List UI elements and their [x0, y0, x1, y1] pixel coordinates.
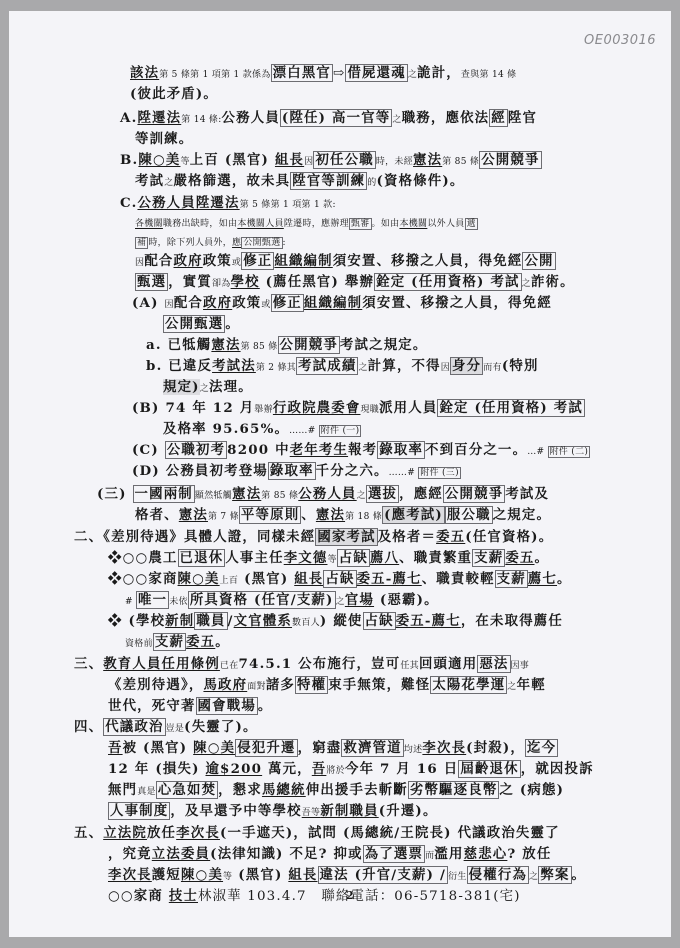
underlined-phrase: 本機關: [399, 219, 427, 229]
text-segment: 格者、: [135, 507, 179, 523]
boxed-phrase: 甄選: [135, 273, 168, 291]
text-segment: 因: [441, 363, 450, 373]
text-line: ❖ (學校新制職員/文官體系數百人) 縱使占缺委五-薦七，在未取得薦任: [108, 612, 563, 632]
text-line: 《差別待遇》，馬政府面對諸多特權束手無策，難怪太陽花學運之年輕: [108, 676, 546, 696]
boxed-phrase: 附件 (一): [319, 425, 362, 437]
text-segment: 二、《差別待遇》具體人證，同樣未經: [74, 529, 315, 545]
text-segment: 及格者＝: [378, 529, 436, 545]
boxed-phrase: 所具資格 (任官/支薪): [188, 591, 336, 609]
text-segment: 回頭適用: [419, 656, 477, 672]
text-segment: A.: [120, 110, 137, 126]
text-segment: 職務出缺時，如由: [163, 219, 237, 229]
boxed-phrase: 職員: [194, 612, 227, 630]
text-segment: 五、: [74, 825, 103, 841]
boxed-phrase: 特權: [295, 676, 328, 694]
text-segment: #: [125, 597, 136, 607]
text-segment: 護短: [152, 867, 181, 883]
text-segment: 未依: [169, 597, 188, 607]
text-segment: 人事主任: [225, 550, 283, 566]
boxed-phrase: 違法 (升官/支薪) /: [318, 866, 449, 884]
underlined-phrase: 組織編制: [274, 253, 332, 269]
underlined-phrase: 陳○美: [193, 740, 235, 756]
text-segment: 、: [301, 507, 316, 523]
text-line: 等訓練。: [135, 130, 193, 148]
boxed-phrase: 太陽花學運: [430, 676, 507, 694]
text-line: 規定)之法理。: [163, 378, 253, 398]
text-segment: 面對: [247, 682, 266, 692]
boxed-phrase: 國家考試: [315, 528, 377, 546]
text-segment: 報考: [348, 442, 377, 458]
text-segment: 第 14 條:: [181, 115, 221, 125]
text-line: 吾被 (黑官) 陳○美侵犯升遷，窮盡救濟管道均述李次長(封殺)，迄今: [108, 739, 558, 759]
boxed-phrase: 初任公職: [313, 151, 375, 169]
underlined-phrase: 李次長: [422, 740, 466, 756]
text-segment: ❖○○農工: [108, 550, 178, 566]
document-page: OE003016 該法第 5 條第 1 項第 1 款係為漂白黑官⇨借屍還魂之詭計…: [9, 11, 671, 937]
text-segment: ，就因投訴: [521, 761, 594, 777]
underlined-phrase: 新制職員: [320, 803, 378, 819]
text-segment: 規定): [163, 379, 200, 395]
boxed-phrase: 公開競爭: [479, 151, 541, 169]
boxed-phrase: 支薪: [153, 633, 186, 651]
underlined-phrase: 李次長: [108, 867, 152, 883]
text-line: ❖○○家商陳○美上百 (黑官) 組長占缺委五-薦七、職責較輕支薪薦七。: [108, 570, 572, 590]
boxed-phrase: 國會戰場: [196, 697, 258, 715]
boxed-phrase: 支薪: [495, 570, 528, 588]
text-segment: 千分之六。: [316, 463, 389, 479]
boxed-phrase: 經: [489, 109, 508, 127]
text-line: 因配合政府政策或修正組織編制須安置、移撥之人員，得免經公開: [135, 252, 556, 272]
text-segment: 被 (黑官): [123, 740, 194, 756]
text-segment: 配合: [174, 295, 203, 311]
text-segment: 詐術。: [531, 274, 575, 290]
text-segment: 世代，死守著: [108, 698, 196, 714]
underlined-phrase: 老年考生: [290, 442, 348, 458]
text-segment: C.: [120, 195, 137, 211]
text-line: 李次長護短陳○美等 (黑官) 組長違法 (升官/支薪) /衍生侵權行為之弊案。: [108, 866, 586, 886]
text-line: ❖○○農工已退休人事主任李文德等占缺薦八、職責繁重支薪委五。: [108, 549, 549, 569]
underlined-phrase: 吾: [312, 761, 327, 777]
boxed-phrase: 錄取率: [268, 462, 316, 480]
underlined-phrase: 陳○美: [178, 571, 220, 587]
boxed-phrase: 占缺: [363, 612, 396, 630]
underlined-phrase: 技士: [169, 888, 198, 904]
underlined-phrase: 陳○美: [138, 152, 180, 168]
underlined-phrase: 憲法: [232, 486, 261, 502]
text-segment: 放任: [147, 825, 176, 841]
text-line: b. 已違反考試法第 2 條其考試成績之計算，不得因身分而有(特別: [146, 357, 539, 377]
underlined-phrase: 組長: [275, 152, 304, 168]
text-segment: (資格條件)。: [377, 173, 465, 189]
text-segment: 等: [223, 872, 232, 882]
text-line: # 唯一未依所具資格 (任官/支薪)之官場 (惡霸)。: [125, 591, 439, 611]
text-segment: 等訓練。: [135, 131, 193, 147]
text-segment: 須安置、移撥之人員，得免經: [333, 253, 523, 269]
underlined-phrase: 委五-薦七: [396, 613, 461, 629]
text-line: B.陳○美等上百 (黑官) 組長因初任公職時，未經憲法第 85 條公開競爭: [120, 151, 542, 171]
boxed-phrase: 銓定 (任用資格) 考試: [437, 399, 585, 417]
underlined-phrase: 組長: [294, 571, 323, 587]
text-segment: 陞遷時，應辦理: [284, 219, 349, 229]
underlined-phrase: 組長: [288, 867, 317, 883]
boxed-phrase: 遞: [465, 218, 478, 230]
boxed-phrase: 補: [135, 237, 148, 249]
text-segment: :: [283, 238, 286, 248]
boxed-phrase: 甄審: [349, 218, 372, 230]
text-segment: 因: [165, 300, 174, 310]
text-segment: 顯然牴觸: [195, 491, 232, 501]
text-segment: 考試之規定。: [340, 337, 428, 353]
text-segment: (升遷)。: [379, 803, 438, 819]
text-segment: 濫用: [434, 846, 463, 862]
underlined-phrase: 該法: [130, 65, 159, 81]
text-segment: ，懇求: [218, 782, 262, 798]
text-segment: (D) 公務員初考登場: [132, 463, 268, 479]
text-line: (C) 公職初考8200 中老年考生報考錄取率不到百分之一。…# 附件 (二): [132, 441, 590, 461]
boxed-phrase: 銓定 (任用資格) 考試: [374, 273, 522, 291]
underlined-phrase: 憲法: [211, 337, 240, 353]
text-segment: 之: [336, 597, 345, 607]
underlined-phrase: 馬政府: [203, 677, 247, 693]
text-segment: 。: [258, 698, 273, 714]
text-segment: ⇨: [333, 65, 345, 81]
text-segment: 林淑華 103.4.7 聯絡電話：06-5718-381(宅): [198, 889, 521, 904]
text-segment: 8200 中: [227, 442, 290, 458]
underlined-phrase: 陞遷法: [137, 110, 181, 126]
underlined-phrase: 官場: [345, 592, 374, 608]
boxed-phrase: 人事制度: [108, 802, 170, 820]
text-segment: ❖ (學校: [108, 613, 165, 629]
text-line: 資格前支薪委五。: [125, 633, 230, 653]
text-segment: …#: [527, 447, 547, 457]
text-segment: 第 85 條: [261, 491, 298, 501]
text-segment: 。如由: [372, 219, 400, 229]
text-line: 四、代議政治豈是(失靈了)。: [74, 718, 258, 738]
text-line: ，究竟立法委員(法律知識) 不足? 抑或為了選票而濫用慈悲心? 放任: [108, 845, 551, 865]
underlined-phrase: 各機關: [135, 219, 163, 229]
underlined-phrase: 陳○美: [181, 867, 223, 883]
text-segment: 無門: [108, 782, 137, 798]
underlined-phrase: 公務人員: [298, 486, 356, 502]
text-segment: 之 (病態): [499, 782, 564, 798]
text-segment: 詭計，: [417, 65, 461, 81]
text-line: 考試之嚴格篩選，故未具陞官等訓練的(資格條件)。: [135, 172, 465, 192]
text-segment: 第 2 條其: [256, 363, 296, 373]
text-segment: 而有: [483, 363, 502, 373]
text-segment: 或: [261, 300, 270, 310]
text-segment: 12 年 (損失): [108, 761, 205, 777]
text-segment: 之: [522, 279, 531, 289]
text-segment: 第 85 條: [241, 342, 278, 352]
text-segment: 上百 (黑官): [190, 152, 275, 168]
underlined-phrase: 薦七: [528, 571, 557, 587]
underlined-phrase: 薦八: [370, 550, 399, 566]
text-segment: (封殺)，: [466, 740, 525, 756]
text-line: a. 已牴觸憲法第 85 條公開競爭考試之規定。: [146, 336, 427, 356]
text-segment: ，及早還予: [170, 803, 243, 819]
boxed-phrase: 修正: [271, 294, 304, 312]
text-segment: ○○家商: [108, 888, 169, 904]
text-segment: 數百人: [292, 618, 320, 628]
boxed-phrase: 附件 (三): [418, 467, 461, 479]
underlined-phrase: 李次長: [176, 825, 220, 841]
text-segment: (三): [97, 486, 133, 502]
text-segment: 萬元，: [262, 761, 312, 777]
boxed-phrase: 公開甄選: [241, 237, 282, 249]
underlined-phrase: 馬總統: [262, 782, 306, 798]
boxed-phrase: 服公職: [445, 506, 493, 524]
boxed-phrase: 劣幣驅逐良幣: [408, 781, 500, 799]
text-segment: 上百: [220, 576, 239, 586]
underlined-phrase: 政府: [203, 295, 232, 311]
text-segment: 斬斷: [379, 782, 408, 798]
text-segment: ……#: [389, 468, 419, 478]
underlined-phrase: 行政院農委會: [273, 400, 361, 416]
underlined-phrase: 立法委員: [152, 846, 210, 862]
underlined-phrase: 立法院: [103, 825, 147, 841]
text-segment: 伸出援手去: [306, 782, 379, 798]
text-segment: 真是: [137, 787, 156, 797]
boxed-phrase: 占缺: [337, 549, 370, 567]
text-line: (A) 因配合政府政策或修正組織編制須安置、移撥之人員，得免經: [132, 294, 552, 314]
text-segment: 豈是: [166, 724, 185, 734]
text-segment: ，應經: [399, 486, 443, 502]
text-segment: (任官資格)。: [465, 529, 553, 545]
text-segment: 74.5.1 公布施行，豈可: [239, 656, 401, 672]
boxed-phrase: 修正: [241, 252, 274, 270]
text-line: A.陞遷法第 14 條:公務人員(陞任) 高一官等之職務，應依法經陞官: [120, 109, 537, 129]
text-segment: 、職責較輕: [422, 571, 495, 587]
underlined-phrase: 應: [232, 238, 241, 248]
text-segment: a. 已牴觸: [146, 337, 211, 353]
text-line: 甄選，實質卻為學校 (薦任黑官) 舉辦銓定 (任用資格) 考試之詐術。: [135, 273, 575, 293]
text-segment: 諸多: [266, 677, 295, 693]
page-number: 2: [346, 889, 354, 902]
underlined-phrase: 新制: [165, 613, 194, 629]
text-segment: 任其: [400, 661, 419, 671]
text-segment: 資格前: [125, 639, 153, 649]
text-line: 無門真是心急如焚，懇求馬總統伸出援手去斬斷劣幣驅逐良幣之 (病態): [108, 781, 564, 801]
text-segment: ? 放任: [507, 846, 551, 862]
text-segment: 因: [135, 258, 144, 268]
underlined-phrase: 委五: [186, 634, 215, 650]
underlined-phrase: 文官體系: [234, 613, 292, 629]
text-segment: 《差別待遇》，: [108, 677, 203, 693]
text-segment: 之: [358, 363, 367, 373]
underlined-phrase: 憲法: [413, 152, 442, 168]
text-segment: (特別: [502, 358, 539, 374]
boxed-phrase: 惡法: [477, 655, 510, 673]
text-segment: 派用人員: [379, 400, 437, 416]
text-segment: 現職: [360, 405, 379, 415]
text-segment: 已在: [220, 661, 239, 671]
text-segment: 之: [200, 384, 209, 394]
text-segment: 政策: [203, 253, 232, 269]
text-segment: ，實質: [168, 274, 212, 290]
text-segment: 時，除下列人員外，: [148, 238, 232, 248]
text-segment: 將於: [326, 766, 345, 776]
boxed-phrase: 借屍還魂: [345, 64, 407, 82]
text-segment: ❖○○家商: [108, 571, 178, 587]
text-segment: 考試及: [505, 486, 549, 502]
text-segment: 查與第 14 條: [461, 70, 517, 80]
underlined-phrase: 學校: [231, 274, 260, 290]
boxed-phrase: 侵權行為: [467, 866, 529, 884]
underlined-phrase: 逾$200: [205, 761, 262, 777]
boxed-phrase: 公開競爭: [278, 336, 340, 354]
boxed-phrase: 迄今: [525, 739, 558, 757]
text-segment: 三、: [74, 656, 103, 672]
text-segment: 舉辦: [254, 405, 273, 415]
text-segment: 。: [535, 550, 550, 566]
underlined-phrase: 委五: [436, 529, 465, 545]
boxed-phrase: 平等原則: [239, 506, 301, 524]
boxed-phrase: 救濟管道: [341, 739, 403, 757]
text-segment: 須安置、移撥之人員，得免經: [362, 295, 552, 311]
boxed-phrase: 漂白黑官: [271, 64, 333, 82]
text-segment: 第 85 條: [442, 157, 479, 167]
text-segment: 之: [164, 178, 173, 188]
text-segment: 的: [367, 178, 376, 188]
text-segment: 卻為: [212, 279, 231, 289]
text-segment: 第 5 條第 1 項第 1 款係為: [159, 70, 270, 80]
text-segment: 束手無策，難怪: [328, 677, 430, 693]
text-segment: (法律知識) 不足? 抑或: [210, 846, 363, 862]
text-segment: 等: [180, 157, 189, 167]
text-segment: 。: [572, 867, 587, 883]
text-segment: 職務，應依法: [402, 110, 490, 126]
boxed-phrase: 支薪: [472, 549, 505, 567]
text-segment: 及格率 95.65%。: [163, 421, 289, 437]
text-segment: ) 縱使: [320, 613, 363, 629]
text-segment: 年輕: [517, 677, 546, 693]
text-segment: (一手遮天)，試問 (馬總統/王院長) 代議政治失靈了: [220, 825, 560, 841]
text-line: 三、教育人員任用條例已在74.5.1 公布施行，豈可任其回頭適用惡法因事: [74, 655, 529, 675]
text-segment: 第 5 條第 1 項第 1 款:: [240, 200, 336, 210]
text-segment: B.: [120, 152, 138, 168]
text-segment: (惡霸)。: [374, 592, 439, 608]
boxed-phrase: 公開競爭: [443, 485, 505, 503]
text-line: 補時，除下列人員外，應公開甄選:: [135, 232, 286, 252]
underlined-phrase: 憲法: [316, 507, 345, 523]
boxed-phrase: 為了選票: [363, 845, 425, 863]
text-segment: (A): [132, 295, 165, 311]
boxed-phrase: 弊案: [538, 866, 571, 884]
text-segment: (黑官): [238, 571, 294, 587]
underlined-phrase: 政府: [174, 253, 203, 269]
text-segment: 今年 7 月 16 日: [345, 761, 458, 777]
boxed-phrase: 代議政治: [103, 718, 165, 736]
text-segment: 配合: [144, 253, 173, 269]
text-line: 世代，死守著國會戰場。: [108, 697, 273, 715]
text-line: (B) 74 年 12 月舉辦行政院農委會現職派用人員銓定 (任用資格) 考試: [132, 399, 585, 419]
text-segment: (C): [132, 442, 165, 458]
boxed-phrase: 屆齡退休: [458, 760, 520, 778]
text-segment: 因事: [511, 661, 530, 671]
text-segment: ，在未取得薦任: [461, 613, 563, 629]
text-segment: 時，未經: [376, 157, 413, 167]
text-line: 五、立法院放任李次長(一手遮天)，試問 (馬總統/王院長) 代議政治失靈了: [74, 824, 560, 842]
text-segment: 嚴格篩選，故未具: [174, 173, 291, 189]
text-line: 二、《差別待遇》具體人證，同樣未經國家考試及格者＝委五(任官資格)。: [74, 528, 553, 546]
text-line: 公開甄選。: [163, 315, 240, 333]
underlined-phrase: 慈悲心: [464, 846, 508, 862]
text-segment: (黑官): [232, 867, 288, 883]
text-segment: 四、: [74, 719, 103, 735]
text-segment: (薦任黑官) 舉辦: [260, 274, 374, 290]
text-line: 各機關職務出缺時，如由本機關人員陞遷時，應辦理甄審。如由本機關以外人員遞: [135, 213, 478, 233]
text-segment: 之: [529, 872, 538, 882]
text-line: C.公務人員陞遷法第 5 條第 1 項第 1 款:: [120, 194, 336, 214]
text-segment: ……#: [289, 426, 319, 436]
text-segment: 之: [392, 115, 401, 125]
text-segment: 之: [408, 70, 417, 80]
text-line: 人事制度，及早還予中等學校吾等新制職員(升遷)。: [108, 802, 438, 822]
boxed-phrase: (應考試): [382, 506, 445, 524]
text-segment: 政策: [232, 295, 261, 311]
boxed-phrase: 錄取率: [377, 441, 425, 459]
underlined-phrase: 憲法: [179, 507, 208, 523]
text-line: (D) 公務員初考登場錄取率千分之六。……# 附件 (三): [132, 462, 461, 482]
underlined-phrase: 教育人員任用條例: [103, 656, 220, 672]
boxed-phrase: 身分: [450, 357, 483, 375]
text-segment: 計算，不得: [368, 358, 441, 374]
document-stamp: OE003016: [584, 33, 656, 48]
underlined-phrase: 吾: [108, 740, 123, 756]
text-segment: (彼此矛盾)。: [130, 86, 218, 102]
boxed-phrase: 陞官等訓練: [290, 172, 367, 190]
text-segment: 之: [507, 682, 516, 692]
boxed-phrase: 附件 (二): [548, 446, 591, 458]
text-line: ○○家商 技士林淑華 103.4.7 聯絡電話：06-5718-381(宅): [108, 887, 521, 906]
underlined-phrase: 李文德: [284, 550, 328, 566]
text-line: (彼此矛盾)。: [130, 85, 218, 103]
text-segment: 不到百分之一。: [425, 442, 527, 458]
boxed-phrase: 公職初考: [165, 441, 227, 459]
boxed-phrase: 公開: [522, 252, 555, 270]
underlined-phrase: 吾等: [302, 808, 321, 818]
text-segment: ，窮盡: [298, 740, 342, 756]
text-segment: 中等學校: [243, 803, 301, 819]
text-line: 格者、憲法第 7 條平等原則、憲法第 18 條(應考試)服公職之規定。: [135, 506, 551, 526]
text-segment: 或: [232, 258, 241, 268]
underlined-phrase: 公務人員陞遷法: [137, 195, 239, 211]
text-segment: 考試: [135, 173, 164, 189]
text-segment: b. 已違反: [146, 358, 212, 374]
text-segment: 之: [357, 491, 366, 501]
text-segment: 等: [327, 555, 336, 565]
text-segment: 第 7 條: [208, 512, 239, 522]
text-segment: 以外人員: [427, 219, 464, 229]
boxed-phrase: 公開甄選: [163, 315, 225, 333]
boxed-phrase: 心急如焚: [156, 781, 218, 799]
text-segment: 。: [215, 634, 230, 650]
text-segment: 陞官: [508, 110, 537, 126]
underlined-phrase: 委五: [505, 550, 534, 566]
underlined-phrase: 組織編制: [304, 295, 362, 311]
boxed-phrase: 考試成績: [296, 357, 358, 375]
boxed-phrase: 選拔: [366, 485, 399, 503]
text-line: 該法第 5 條第 1 項第 1 款係為漂白黑官⇨借屍還魂之詭計，查與第 14 條: [130, 64, 516, 84]
boxed-phrase: (陞任) 高一官等: [280, 109, 392, 127]
text-line: (三) 一國兩制顯然牴觸憲法第 85 條公務人員之選拔，應經公開競爭考試及: [97, 485, 549, 505]
text-segment: 、職責繁重: [399, 550, 472, 566]
text-segment: 均述: [404, 745, 423, 755]
underlined-phrase: 考試法: [212, 358, 256, 374]
text-segment: 公務人員: [222, 110, 280, 126]
text-segment: (B) 74 年 12 月: [132, 400, 254, 416]
boxed-phrase: 一國兩制: [133, 485, 195, 503]
